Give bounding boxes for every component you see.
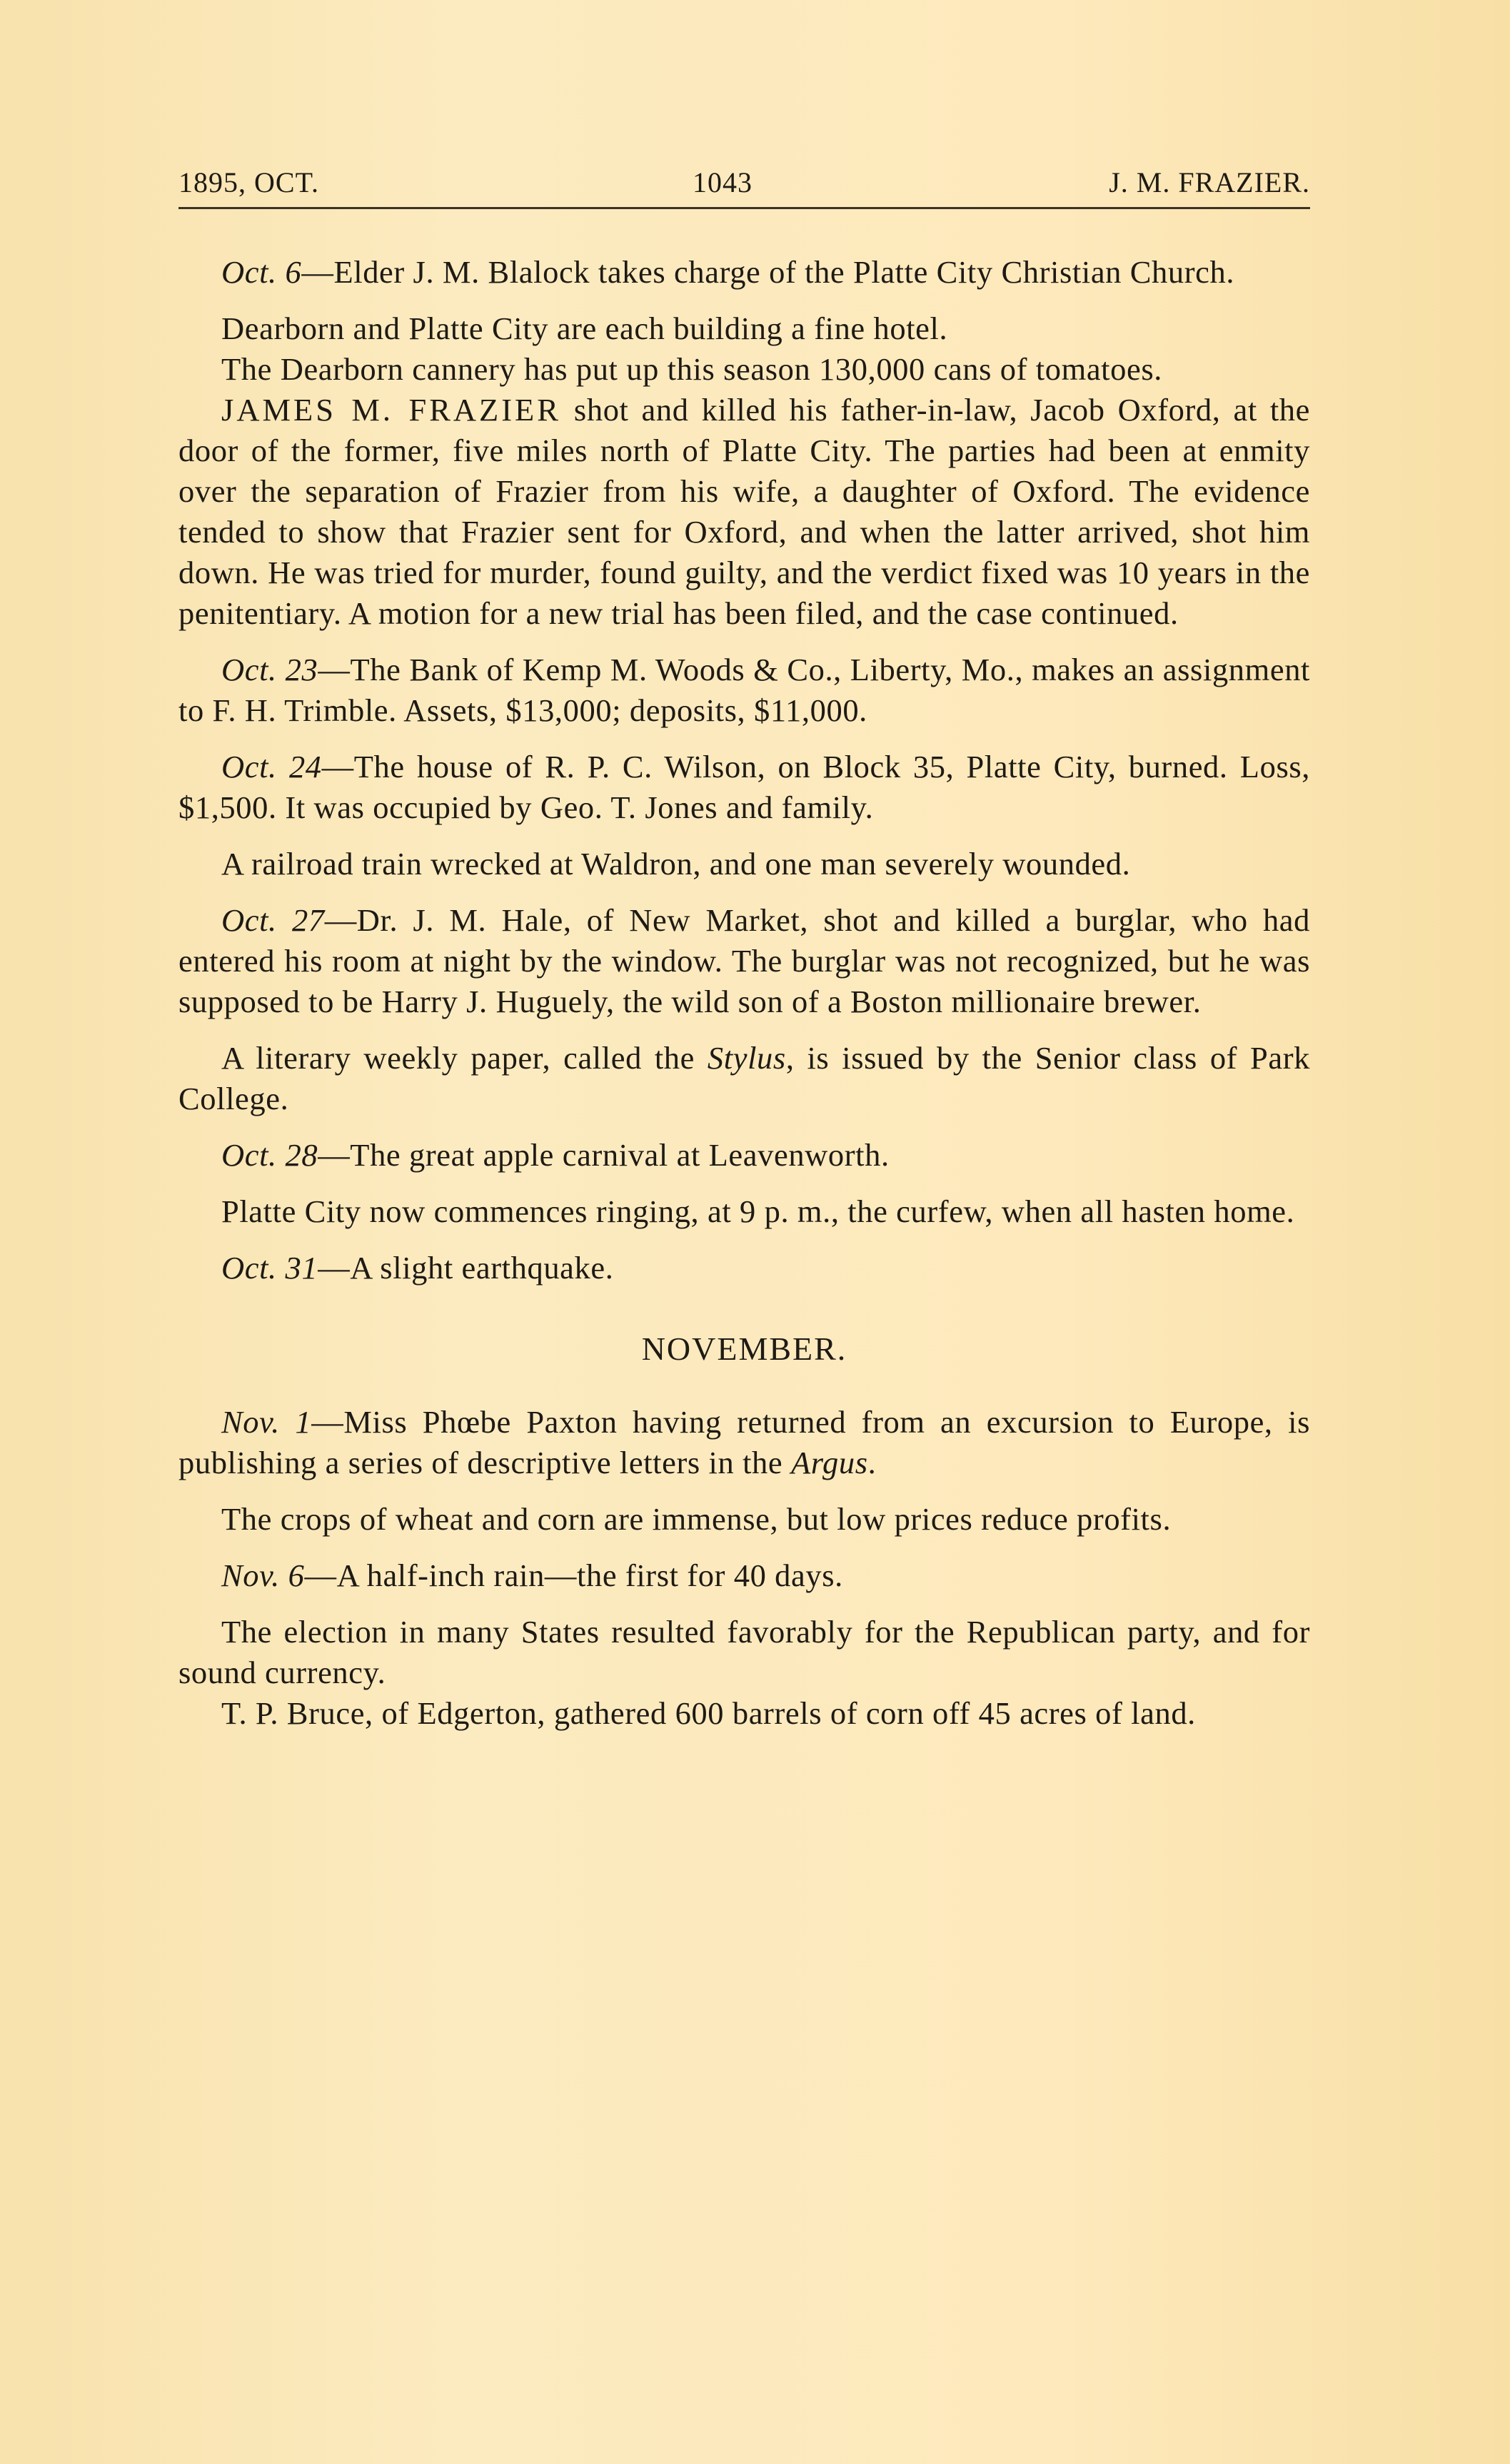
entry-text: Dearborn and Platte City are each buildi… [221, 310, 947, 346]
entry-oct-23: Oct. 23—The Bank of Kemp M. Woods & Co.,… [178, 650, 1310, 731]
entry-railroad: A railroad train wrecked at Waldron, and… [178, 844, 1310, 884]
entry-text: T. P. Bruce, of Edgerton, gathered 600 b… [221, 1695, 1196, 1731]
running-head-title: J. M. FRAZIER. [1109, 166, 1310, 199]
header-rule [178, 207, 1310, 209]
entry-date: Nov. 1 [221, 1404, 311, 1440]
entry-date: Nov. 6 [221, 1557, 304, 1593]
entry-text: The election in many States resulted fav… [178, 1614, 1310, 1690]
entry-date: Oct. 24 [221, 749, 322, 784]
entry-bruce: T. P. Bruce, of Edgerton, gathered 600 b… [178, 1693, 1310, 1734]
entry-text: —Miss Phœbe Paxton having returned from … [178, 1404, 1310, 1480]
entry-text: . [868, 1445, 877, 1480]
running-head-date: 1895, OCT. [178, 166, 319, 199]
entry-text: Platte City now commences ringing, at 9 … [221, 1193, 1294, 1229]
entry-curfew: Platte City now commences ringing, at 9 … [178, 1191, 1310, 1232]
entry-nov-1: Nov. 1—Miss Phœbe Paxton having returned… [178, 1402, 1310, 1483]
entry-hotels: Dearborn and Platte City are each buildi… [178, 308, 1310, 349]
entry-date: Oct. 6 [221, 254, 301, 290]
entry-text: shot and killed his father-in-law, Jacob… [178, 392, 1310, 631]
entry-text: The crops of wheat and corn are immense,… [221, 1501, 1171, 1537]
entry-date: Oct. 31 [221, 1250, 318, 1286]
running-head: 1895, OCT. 1043 J. M. FRAZIER. [178, 158, 1310, 204]
entry-oct-28: Oct. 28—The great apple carnival at Leav… [178, 1135, 1310, 1176]
entry-text: —Dr. J. M. Hale, of New Market, shot and… [178, 902, 1310, 1019]
publication-title: Stylus [708, 1040, 786, 1076]
page-number: 1043 [693, 166, 753, 199]
november-entries: Nov. 1—Miss Phœbe Paxton having returned… [178, 1402, 1310, 1734]
entry-text: —A half-inch rain—the first for 40 days. [304, 1557, 842, 1593]
entry-lead-name: JAMES M. FRAZIER [221, 392, 561, 428]
entry-election: The election in many States resulted fav… [178, 1612, 1310, 1693]
entry-text: —Elder J. M. Blalock takes charge of the… [301, 254, 1234, 290]
entry-oct-27: Oct. 27—Dr. J. M. Hale, of New Market, s… [178, 900, 1310, 1022]
entry-text: —The house of R. P. C. Wilson, on Block … [178, 749, 1310, 825]
entry-nov-6: Nov. 6—A half-inch rain—the first for 40… [178, 1555, 1310, 1596]
october-entries: Oct. 6—Elder J. M. Blalock takes charge … [178, 252, 1310, 1288]
entry-text: —A slight earthquake. [318, 1250, 613, 1286]
entry-date: Oct. 28 [221, 1137, 318, 1173]
entry-oct-24: Oct. 24—The house of R. P. C. Wilson, on… [178, 747, 1310, 828]
entry-date: Oct. 23 [221, 652, 318, 687]
entry-stylus: A literary weekly paper, called the Styl… [178, 1038, 1310, 1119]
entry-frazier: JAMES M. FRAZIER shot and killed his fat… [178, 390, 1310, 634]
entry-date: Oct. 27 [221, 902, 325, 938]
entry-text: —The great apple carnival at Leavenworth… [318, 1137, 890, 1173]
entry-crops: The crops of wheat and corn are immense,… [178, 1499, 1310, 1540]
book-page: 1895, OCT. 1043 J. M. FRAZIER. Oct. 6—El… [178, 158, 1310, 1734]
publication-title: Argus [791, 1445, 868, 1480]
entry-text: The Dearborn cannery has put up this sea… [221, 351, 1162, 387]
entry-text: A literary weekly paper, called the [221, 1040, 708, 1076]
entry-oct-6: Oct. 6—Elder J. M. Blalock takes charge … [178, 252, 1310, 293]
entry-text: A railroad train wrecked at Waldron, and… [221, 846, 1130, 882]
entry-cannery: The Dearborn cannery has put up this sea… [178, 349, 1310, 390]
section-heading-november: NOVEMBER. [178, 1330, 1310, 1368]
entry-oct-31: Oct. 31—A slight earthquake. [178, 1248, 1310, 1288]
entry-text: —The Bank of Kemp M. Woods & Co., Libert… [178, 652, 1310, 728]
